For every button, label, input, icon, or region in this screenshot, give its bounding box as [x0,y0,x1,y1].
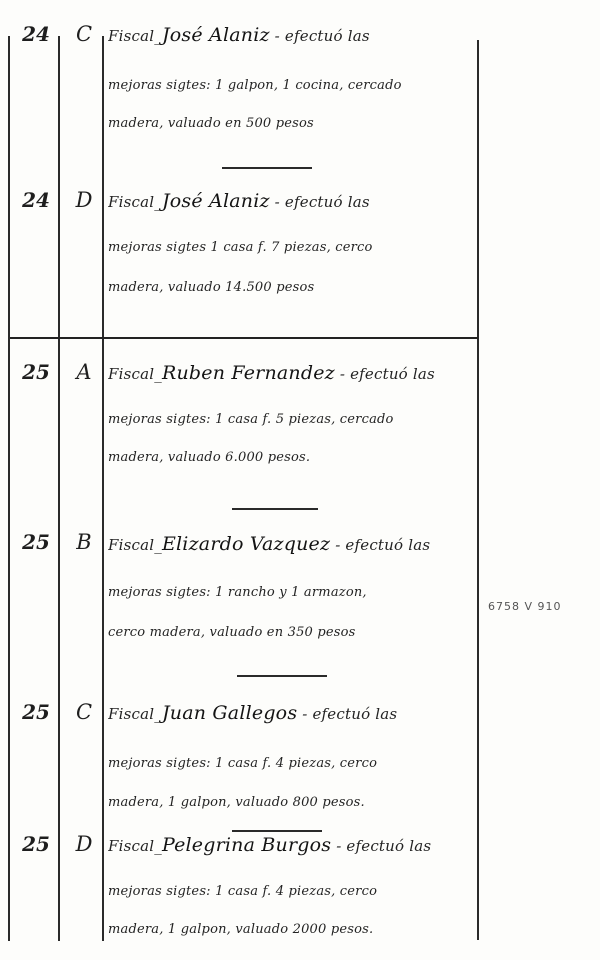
margin-note: 6758 V 910 [488,600,562,613]
entry-name: Ruben Fernandez [162,362,335,384]
entry-line: - efectuó las [340,365,435,383]
left-column-rule [8,36,10,941]
entry-title: Fiscal [108,193,154,211]
entry-line: mejoras sigtes: 1 rancho y 1 armazon, [108,585,484,600]
entry-separator [237,675,327,677]
entry-title: Fiscal [108,536,154,554]
lot-number: 25 [14,360,58,384]
entry-title: Fiscal [108,27,154,45]
entry-line: mejoras sigtes: 1 casa f. 4 piezas, cerc… [108,756,484,771]
entry-name: Pelegrina Burgos [162,834,331,856]
sub-column-rule [102,36,104,941]
lot-number: 24 [14,22,58,46]
entry-line: madera, valuado 6.000 pesos. [108,450,484,465]
lot-number: 25 [14,832,58,856]
entry-line: mejoras sigtes: 1 casa f. 5 piezas, cerc… [108,412,484,427]
entry-line: cerco madera, valuado en 350 pesos [108,625,484,640]
entry-line: madera, valuado 14.500 pesos [108,280,484,295]
lot-number: 25 [14,530,58,554]
entry-line: - efectuó las [275,193,370,211]
entry-title: Fiscal [108,837,154,855]
block-separator [10,337,478,339]
entry-name: Juan Gallegos [162,702,297,724]
entry-line: - efectuó las [275,27,370,45]
lot-number: 25 [14,700,58,724]
entry-title: Fiscal [108,705,154,723]
sub-lot-letter: C [66,22,102,46]
entry-line: mejoras sigtes: 1 casa f. 4 piezas, cerc… [108,884,484,899]
entry-heading: Fiscal_Pelegrina Burgos - efectuó las [108,834,484,856]
entry-name: José Alaniz [162,190,270,212]
entry-heading: Fiscal_Ruben Fernandez - efectuó las [108,362,484,384]
sub-lot-letter: B [66,530,102,554]
entry-heading: Fiscal_Juan Gallegos - efectuó las [108,702,484,724]
ledger-page: 24 C Fiscal_José Alaniz - efectuó las me… [0,0,600,960]
entry-heading: Fiscal_José Alaniz - efectuó las [108,190,484,212]
sub-lot-letter: D [66,188,102,212]
entry-line: madera, 1 galpon, valuado 800 pesos. [108,795,484,810]
entry-line: - efectuó las [336,837,431,855]
entry-title: Fiscal [108,365,154,383]
entry-line: madera, valuado en 500 pesos [108,116,484,131]
entry-line: - efectuó las [302,705,397,723]
entry-separator [232,508,318,510]
entry-name: Elizardo Vazquez [162,533,330,555]
entry-heading: Fiscal_Elizardo Vazquez - efectuó las [108,533,484,555]
entry-separator [232,830,322,832]
entry-heading: Fiscal_José Alaniz - efectuó las [108,24,484,46]
entry-line: madera, 1 galpon, valuado 2000 pesos. [108,922,484,937]
sub-lot-letter: C [66,700,102,724]
entry-line: - efectuó las [335,536,430,554]
sub-lot-letter: A [66,360,102,384]
sub-lot-letter: D [66,832,102,856]
entry-line: mejoras sigtes: 1 galpon, 1 cocina, cerc… [108,78,484,93]
lot-column-rule [58,36,60,941]
entry-separator [222,167,312,169]
entry-name: José Alaniz [162,24,270,46]
entry-line: mejoras sigtes 1 casa f. 7 piezas, cerco [108,240,484,255]
lot-number: 24 [14,188,58,212]
